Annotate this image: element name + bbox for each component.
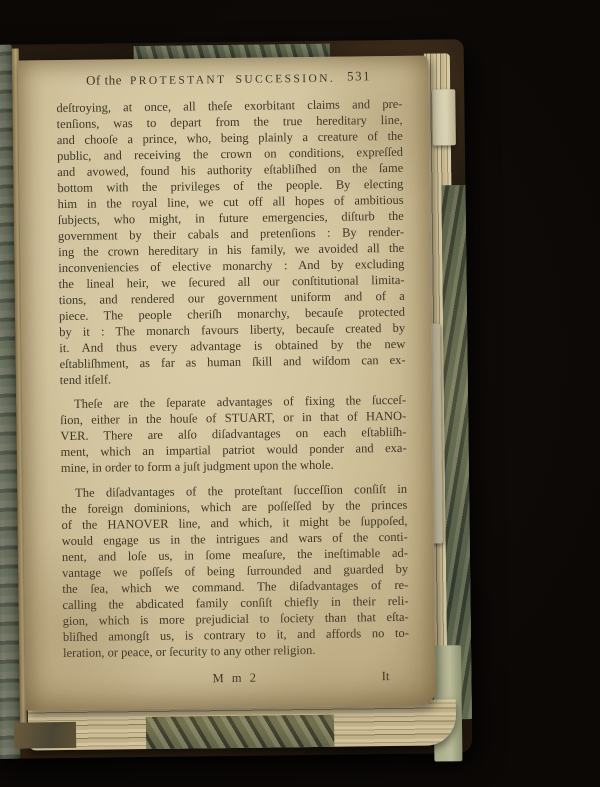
book-page: Of the PROTESTANT SUCCESSION. 531 deſtro… <box>18 56 436 711</box>
photo-background: Of the PROTESTANT SUCCESSION. 531 deſtro… <box>0 0 600 787</box>
marbled-cover-bottom-corner <box>14 722 76 749</box>
running-head-title: PROTESTANT SUCCESSION. <box>130 73 335 88</box>
signature-row: M m 2 It <box>63 668 409 688</box>
signature-mark: M m 2 <box>212 670 258 687</box>
page-tab-top-right <box>432 89 456 145</box>
book: Of the PROTESTANT SUCCESSION. 531 deſtro… <box>0 39 472 759</box>
page-number: 531 <box>347 68 371 84</box>
text-line: leration, or peace, or ſecurity to any o… <box>63 641 409 661</box>
marbled-cover-right-edge <box>441 185 472 719</box>
catchword: It <box>382 668 390 684</box>
paragraph: deſtroying, at once, all theſe exorbitan… <box>56 96 405 388</box>
paragraph: Theſe are the ſeparate advantages of fix… <box>60 392 407 476</box>
running-head: Of the PROTESTANT SUCCESSION. 531 <box>56 68 400 90</box>
text-line: mine, in order to form a juſt judgment u… <box>61 456 407 476</box>
page-text: deſtroying, at once, all theſe exorbitan… <box>56 96 409 688</box>
paragraph: The diſadvantages of the proteſtant ſucc… <box>61 481 409 661</box>
marbled-cover-bottom-edge <box>146 715 334 749</box>
running-head-prefix: Of the <box>86 72 122 87</box>
